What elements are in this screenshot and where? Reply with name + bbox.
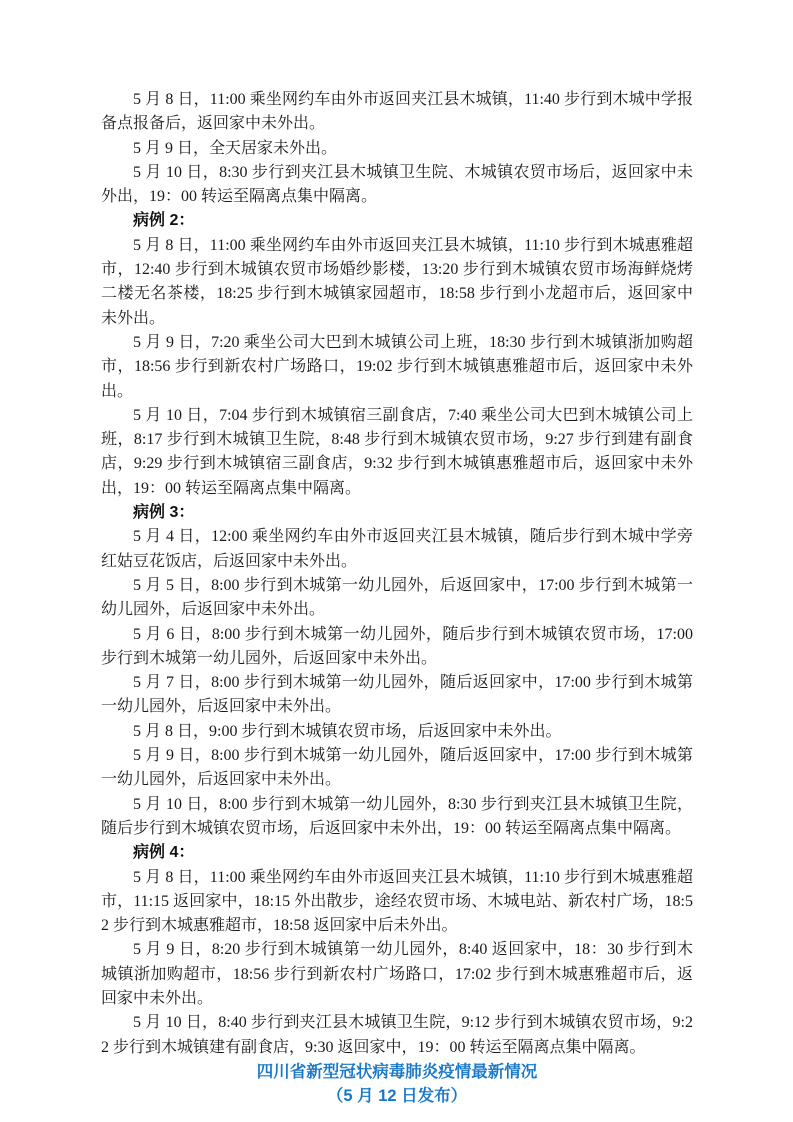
timeline-paragraph: 5 月 10 日，8:30 步行到夹江县木城镇卫生院、木城镇农贸市场后，返回家中… xyxy=(101,161,693,210)
document-page: 5 月 8 日，11:00 乘坐网约车由外市返回夹江县木城镇，11:40 步行到… xyxy=(0,0,793,1122)
timeline-paragraph: 5 月 10 日，8:00 步行到木城第一幼儿园外，8:30 步行到夹江县木城镇… xyxy=(101,793,693,842)
timeline-paragraph: 5 月 8 日，11:00 乘坐网约车由外市返回夹江县木城镇，11:10 步行到… xyxy=(101,866,693,939)
case-timeline-text: 5 月 8 日，11:00 乘坐网约车由外市返回夹江县木城镇，11:40 步行到… xyxy=(101,88,693,1060)
timeline-paragraph: 5 月 6 日，8:00 步行到木城第一幼儿园外，随后步行到木城镇农贸市场，17… xyxy=(101,623,693,672)
case-heading: 病例 4： xyxy=(101,841,693,865)
report-title-line1: 四川省新型冠状病毒肺炎疫情最新情况 xyxy=(101,1060,693,1084)
timeline-paragraph: 5 月 8 日，9:00 步行到木城镇农贸市场，后返回家中未外出。 xyxy=(101,720,693,744)
timeline-paragraph: 5 月 8 日，11:00 乘坐网约车由外市返回夹江县木城镇，11:10 步行到… xyxy=(101,234,693,331)
timeline-paragraph: 5 月 7 日，8:00 步行到木城第一幼儿园外，随后返回家中，17:00 步行… xyxy=(101,671,693,720)
timeline-paragraph: 5 月 8 日，11:00 乘坐网约车由外市返回夹江县木城镇，11:40 步行到… xyxy=(101,88,693,137)
case-heading: 病例 2： xyxy=(101,209,693,233)
timeline-paragraph: 5 月 5 日，8:00 步行到木城第一幼儿园外，后返回家中，17:00 步行到… xyxy=(101,574,693,623)
timeline-paragraph: 5 月 10 日，8:40 步行到夹江县木城镇卫生院，9:12 步行到木城镇农贸… xyxy=(101,1011,693,1060)
timeline-paragraph: 5 月 9 日，全天居家未外出。 xyxy=(101,137,693,161)
timeline-paragraph: 5 月 9 日，8:00 步行到木城第一幼儿园外，随后返回家中，17:00 步行… xyxy=(101,744,693,793)
timeline-paragraph: 5 月 10 日，7:04 步行到木城镇宿三副食店，7:40 乘坐公司大巴到木城… xyxy=(101,404,693,501)
report-title-line2: （5 月 12 日发布） xyxy=(101,1084,693,1108)
timeline-paragraph: 5 月 4 日，12:00 乘坐网约车由外市返回夹江县木城镇，随后步行到木城中学… xyxy=(101,525,693,574)
timeline-paragraph: 5 月 9 日，7:20 乘坐公司大巴到木城镇公司上班，18:30 步行到木城镇… xyxy=(101,331,693,404)
timeline-paragraph: 5 月 9 日，8:20 步行到木城镇第一幼儿园外，8:40 返回家中，18：3… xyxy=(101,938,693,1011)
case-heading: 病例 3： xyxy=(101,501,693,525)
report-title: 四川省新型冠状病毒肺炎疫情最新情况 （5 月 12 日发布） xyxy=(101,1060,693,1109)
